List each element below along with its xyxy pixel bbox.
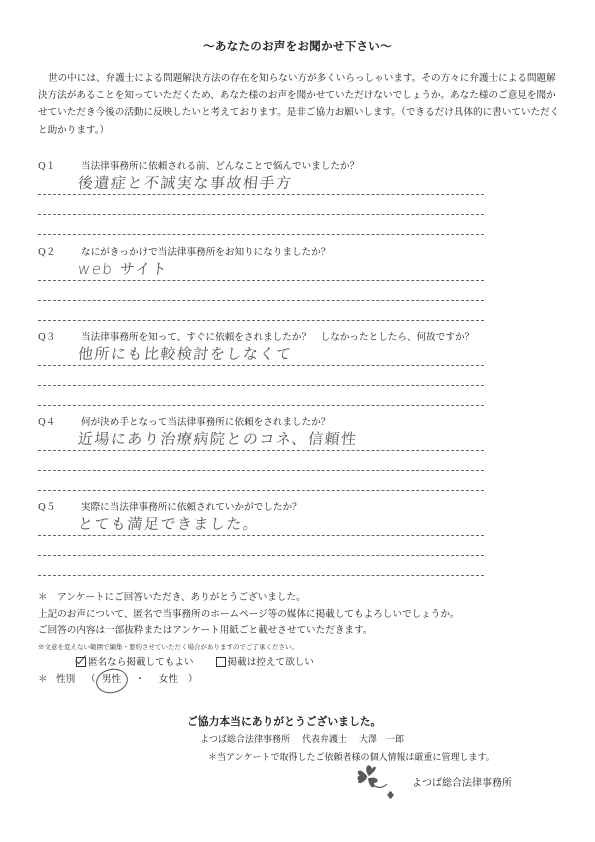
answer-line[interactable]: web サイト bbox=[38, 260, 484, 281]
checkbox-empty-icon[interactable] bbox=[216, 657, 226, 667]
option-label: 匿名なら掲載してもよい bbox=[88, 654, 194, 671]
handwritten-answer: 後遺症と不誠実な事故相手方 bbox=[77, 172, 294, 193]
representative-name: 大澤 一郎 bbox=[359, 735, 404, 745]
consent-section: ＊ アンケートにご回答いただき、ありがとうございました。 上記のお声について、匿… bbox=[38, 590, 578, 688]
question-text: 当法律事務所を知って、すぐに依頼をされましたか？ しなかったとしたら、何故ですか… bbox=[81, 329, 474, 343]
question-text: 実際に当法律事務所に依頼されていかがでしたか？ bbox=[81, 499, 302, 513]
answer-line[interactable] bbox=[38, 281, 484, 301]
question-number: Q５ bbox=[38, 499, 81, 513]
gender-label: 性別 bbox=[56, 671, 86, 688]
question-1: Q１ 当法律事務所に依頼される前、どんなことで悩んでいましたか？ 後遺症と不誠実… bbox=[38, 158, 484, 235]
thanks-note: ＊ アンケートにご回答いただき、ありがとうございました。 bbox=[38, 590, 578, 607]
option-anonymous-ok[interactable]: 匿名なら掲載してもよい bbox=[76, 654, 194, 671]
page-title: ～あなたのお声をお聞かせ下さい～ bbox=[0, 38, 595, 54]
gender-option-female[interactable]: 女性 bbox=[155, 671, 182, 688]
question-text: なにがきっかけで当法律事務所をお知りになりましたか？ bbox=[81, 244, 330, 258]
question-number: Q２ bbox=[38, 244, 81, 258]
closing-thanks: ご協力本当にありがとうございました。 bbox=[187, 714, 381, 729]
checkbox-checked-icon[interactable] bbox=[76, 657, 86, 667]
gender-selector: ＊ 性別 （ 男性 ・ 女性 ） bbox=[38, 671, 578, 688]
question-number: Q１ bbox=[38, 158, 81, 172]
answer-line[interactable] bbox=[38, 386, 484, 406]
publish-question: 上記のお声について、匿名で当事務所のホームページ等の媒体に掲載してもよろしいでし… bbox=[38, 607, 578, 624]
answer-line[interactable] bbox=[38, 301, 484, 321]
four-leaf-clover-icon bbox=[353, 762, 403, 802]
answer-line[interactable]: とても満足できました。 bbox=[38, 515, 484, 536]
firm-name: よつば総合法律事務所 bbox=[200, 735, 290, 745]
question-3: Q３ 当法律事務所を知って、すぐに依頼をされましたか？ しなかったとしたら、何故… bbox=[38, 329, 484, 406]
handwritten-answer: とても満足できました。 bbox=[77, 513, 261, 534]
question-5: Q５ 実際に当法律事務所に依頼されていかがでしたか？ とても満足できました。 bbox=[38, 499, 484, 576]
handwritten-answer: 他所にも比較検討をしなくて bbox=[77, 343, 294, 364]
option-do-not-publish[interactable]: 掲載は控えて欲しい bbox=[216, 654, 314, 671]
question-number: Q３ bbox=[38, 329, 81, 343]
handwritten-answer: web サイト bbox=[77, 258, 169, 279]
gender-option-male[interactable]: 男性 bbox=[98, 671, 125, 688]
answer-line[interactable] bbox=[38, 536, 484, 556]
question-number: Q４ bbox=[38, 414, 81, 428]
question-text: 当法律事務所に依頼される前、どんなことで悩んでいましたか？ bbox=[81, 158, 359, 172]
answer-line[interactable]: 後遺症と不誠実な事故相手方 bbox=[38, 174, 484, 195]
publish-options: 匿名なら掲載してもよい 掲載は控えて欲しい bbox=[38, 654, 578, 671]
question-4: Q４ 何が決め手となって当法律事務所に依頼をされましたか？ 近場にあり治療病院と… bbox=[38, 414, 484, 491]
publish-note: ご回答の内容は一部抜粋またはアンケート用紙ごと載せさせていただきます。 bbox=[38, 623, 578, 640]
privacy-note: ＊当アンケートで取得したご依頼者様の個人情報は厳重に管理します。 bbox=[208, 750, 495, 763]
representative-role: 代表弁護士 bbox=[302, 735, 347, 745]
answer-line[interactable]: 近場にあり治療病院とのコネ、信頼性 bbox=[38, 430, 484, 451]
question-2: Q２ なにがきっかけで当法律事務所をお知りになりましたか？ web サイト bbox=[38, 244, 484, 321]
separator: ・ bbox=[125, 671, 155, 688]
close-paren: ） bbox=[188, 671, 200, 688]
question-text: 何が決め手となって当法律事務所に依頼をされましたか？ bbox=[81, 414, 330, 428]
logo-text: よつば総合法律事務所 bbox=[412, 774, 512, 789]
answer-line[interactable] bbox=[38, 451, 484, 471]
asterisk: ＊ bbox=[38, 671, 56, 688]
answer-line[interactable]: 他所にも比較検討をしなくて bbox=[38, 345, 484, 366]
answer-line[interactable] bbox=[38, 215, 484, 235]
intro-text: 世の中には、弁護士による問題解決方法の存在を知らない方が多くいらっしゃいます。そ… bbox=[38, 73, 559, 136]
answer-line[interactable] bbox=[38, 195, 484, 215]
handwritten-answer: 近場にあり治療病院とのコネ、信頼性 bbox=[77, 428, 359, 449]
answer-line[interactable] bbox=[38, 471, 484, 491]
option-label: 掲載は控えて欲しい bbox=[228, 654, 314, 671]
signature: よつば総合法律事務所代表弁護士大澤 一郎 bbox=[200, 732, 404, 745]
answer-line[interactable] bbox=[38, 366, 484, 386]
intro-paragraph: 世の中には、弁護士による問題解決方法の存在を知らない方が多くいらっしゃいます。そ… bbox=[38, 70, 560, 139]
edit-note: ※文意を変えない範囲で編集・要約させていただく場合がありますのでご了承ください。 bbox=[38, 640, 578, 654]
answer-line[interactable] bbox=[38, 556, 484, 576]
